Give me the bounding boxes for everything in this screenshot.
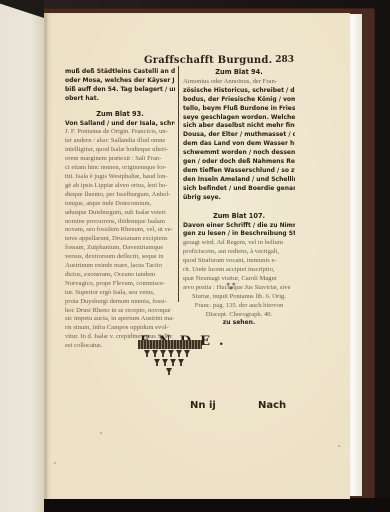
cover-shadow: [30, 498, 390, 512]
signature-mark: Nn ij: [190, 400, 216, 411]
text-line: oder Mosa, welches der Käyser Julianus: [65, 77, 175, 86]
text-line: Dousa, der Elter / muthmasset / daß nach: [183, 131, 295, 140]
paper-spot: [100, 432, 102, 434]
text-line: ter andern / also: Sallandia illud omne: [65, 137, 175, 146]
text-line: sic impetu aucta, in apertum Austrini ma…: [65, 315, 175, 324]
text-line: bodus, der Friesische König / vom Mar-: [183, 96, 295, 105]
text-line: dieque fluento, per Isselburgum, Anhol-: [65, 191, 175, 200]
text-line: muß deß Städtleins Castelli an der Maas/: [65, 68, 175, 77]
text-line: fossam, Zutphanium, Daventriamque: [65, 244, 175, 253]
text-line: ci etiam hinc nomen, originemque for-: [65, 164, 175, 173]
text-line: Sturiæ, inquit Pontanus lib. 6. Orig.: [183, 293, 295, 302]
text-line: tonque, atque inde Dotecomium,: [65, 200, 175, 209]
text-line: gen / oder doch deß Nahmens Reliquien / …: [183, 158, 295, 167]
text-line: zu sehen.: [183, 319, 295, 328]
ornament-row: [166, 368, 172, 375]
ornament-bar: [138, 340, 202, 349]
text-line: Davon einer Schrifft / die zu Nimme-: [183, 222, 295, 231]
text-line: adusque Duisburgum, sub Isalæ veteri: [65, 209, 175, 218]
text-line: tur. Superior ergò Isala, seu vetus,: [65, 289, 175, 298]
text-line: prota Duysburgi demum mœnia, fossi-: [65, 298, 175, 307]
text-line: biß auff den 54. Tag belagert / und er-: [65, 86, 175, 95]
paper-spot: [54, 462, 56, 464]
asterism-ornament: * **: [224, 284, 238, 292]
text-line: intelligitur, quod Isalæ hodieque ulteri…: [65, 146, 175, 155]
column-divider: [178, 66, 179, 302]
text-line: novam, seu fossilem Rhenum, vel, ut ve-: [65, 226, 175, 235]
right-column: Zum Blat 94. Aimonius oder Annoinus, der…: [183, 68, 295, 328]
text-line: orem marginem prætexit : Sali Fran-: [65, 155, 175, 164]
text-line: zösische Historicus, schreibet / daß Ra-: [183, 87, 295, 96]
text-line: hoc Drusi Rheno in se recepto, novoque: [65, 307, 175, 316]
text-line: sich aber daselbst nicht mehr findet. Da…: [183, 122, 295, 131]
text-line: tello, beym Fluß Burdone in Friesland: [183, 105, 295, 114]
text-line: dictos, exonerans, Oceano tandem: [65, 271, 175, 280]
ornament-row: [154, 359, 184, 366]
text-line: gesagt wird. Ad Regem, vel in bellum: [183, 239, 295, 248]
text-line: schwemmt worden / noch dessen Anzeigun-: [183, 149, 295, 158]
section-heading: Zum Blat 94.: [183, 68, 295, 77]
text-line: quæ Neumagi visitur, Caroli Magni: [183, 275, 295, 284]
text-line: obert hat.: [65, 95, 175, 104]
section-heading: Zum Blat 93.: [65, 110, 175, 119]
text-line: J. F. Pontanus de Origin. Francicis, un-: [65, 128, 175, 137]
text-line: ævo posita : Hucusque Jus Staviriæ, sive: [183, 284, 295, 293]
page-number: 283: [275, 55, 294, 65]
catchwords: Nn ij Nach: [190, 400, 290, 416]
text-line: Franc. pag. 135. der auch hiervon: [183, 302, 295, 311]
text-line: den Inseln Ameland / und Schellingen /: [183, 176, 295, 185]
tailpiece-ornament: [138, 340, 202, 378]
text-line: gen zu lesen / in Beschreibung Stavoren …: [183, 230, 295, 239]
text-line: Von Salland / und der Isala, schreibet: [65, 120, 175, 129]
text-line: teres appellarunt, Drusianam excipiens: [65, 235, 175, 244]
text-line: Norvagico, prope Flevum, commisce-: [65, 280, 175, 289]
text-line: titi. Isala è jugis Westphaliæ, haud lon…: [65, 173, 175, 182]
text-line: versus, dextrorsum deflectit, seque in: [65, 253, 175, 262]
text-line: sich befindet / und Boerdie genannt wird…: [183, 185, 295, 194]
text-line: proficiscens, aut rediens, à vectigali,: [183, 248, 295, 257]
text-line: Discept. Chorograph. 40.: [183, 311, 295, 320]
text-line: ris sinum, infra Campos oppidum evol-: [65, 324, 175, 333]
paper-spot: [338, 445, 340, 447]
catchword: Nach: [258, 400, 286, 411]
running-head-title: Graffschafft Burgund.: [144, 55, 272, 66]
text-line: nomine procurrens, ibidemque Isalam: [65, 218, 175, 227]
ornament-row: [144, 350, 190, 357]
page-gutter: [44, 13, 47, 499]
text-line: quod Strafuram vocant, immunis e-: [183, 257, 295, 266]
running-head: Graffschafft Burgund. 283: [64, 55, 294, 69]
facing-page-edge: [0, 0, 44, 512]
section-heading: Zum Blat 107.: [183, 212, 295, 221]
text-line: Austrinum exinde mare, lacus Tacito: [65, 262, 175, 271]
text-line: dem das Land von dem Wasser hinweg ge-: [183, 140, 295, 149]
text-line: Aimonius oder Annoinus, der Fran-: [183, 78, 295, 87]
text-line: seye geschlagen worden. Welcher Fluß: [183, 114, 295, 123]
left-column: muß deß Städtleins Castelli an der Maas/…: [65, 68, 175, 351]
text-line: übrig seye.: [183, 194, 295, 203]
text-line: gè ab ipsis Lippiæ alveo ortus, leni ho-: [65, 182, 175, 191]
text-line: rit. Unde lucem accipiet inscriptio,: [183, 266, 295, 275]
text-line: dem tieffen Wasserschlund / so zwischen: [183, 167, 295, 176]
